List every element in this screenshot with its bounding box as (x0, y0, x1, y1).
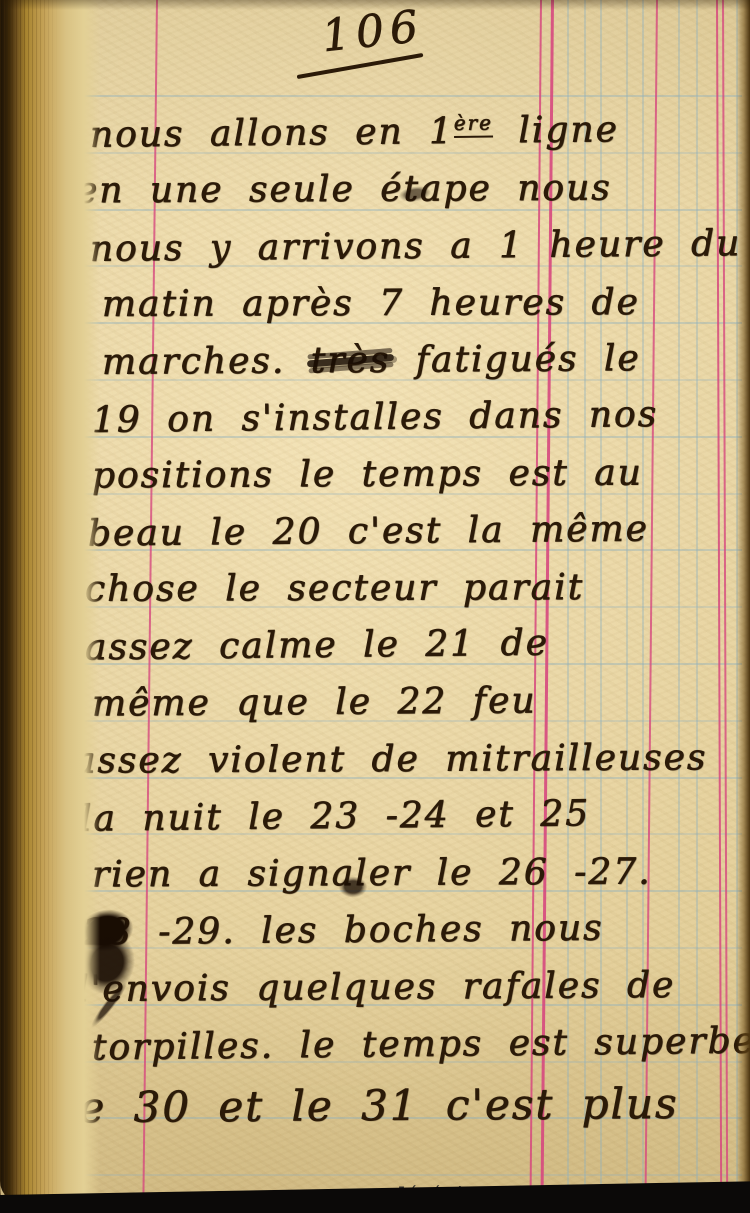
struck-word: très (311, 340, 391, 382)
manuscript-word: positions le temps est au (92, 453, 643, 497)
manuscript-word: fatigués le (390, 338, 641, 381)
manuscript-line: beau le 20 c'est la même (88, 509, 649, 555)
notebook-photo: 106 nous allons en 1ère ligneen une seul… (0, 0, 750, 1213)
manuscript-word: en une seule étape nous (76, 168, 612, 212)
top-edge-shadow (0, 0, 750, 10)
book-binding-edge (0, 0, 100, 1203)
ruling-line-h (74, 1174, 742, 1176)
manuscript-word: beau le 20 c'est la même (88, 509, 649, 555)
manuscript-word: même que le 22 feu (92, 680, 537, 724)
manuscript-line: l'envois quelques rafales de (77, 965, 676, 1010)
manuscript-line: 28 -29. les boches nous (83, 908, 604, 954)
notebook-page: 106 nous allons en 1ère ligneen une seul… (0, 0, 750, 1213)
manuscript-line: positions le temps est au (92, 453, 643, 497)
manuscript-line: nous allons en 1ère ligne (90, 109, 619, 156)
manuscript-word: torpilles. le temps est superbe (92, 1021, 750, 1069)
manuscript-word: la nuit le 23 -24 et 25 (80, 793, 591, 839)
manuscript-word: assez violent de mitrailleuses (74, 737, 708, 781)
manuscript-word: rien a signaler le 26 -27. (92, 852, 652, 896)
manuscript-line: même que le 22 feu (92, 680, 537, 724)
manuscript-word: -29. les boches nous (133, 908, 604, 953)
page-number: 106 (320, 1, 427, 62)
manuscript-line: torpilles. le temps est superbe (92, 1021, 750, 1069)
manuscript-line: matin après 7 heures de (102, 282, 640, 325)
manuscript-word: nous allons en 1 (90, 111, 454, 156)
manuscript-line: le 30 et le 31 c'est plus (64, 1079, 679, 1132)
manuscript-word: l'envois quelques rafales de (77, 965, 676, 1010)
manuscript-line: la nuit le 23 -24 et 25 (80, 793, 591, 839)
manuscript-line: en une seule étape nous (76, 168, 612, 212)
manuscript-word: ligne (493, 109, 619, 151)
manuscript-line: assez violent de mitrailleuses (74, 737, 708, 781)
manuscript-line: marches. très fatigués le (102, 338, 641, 383)
page-edge-streaks (0, 0, 58, 1203)
right-page-edge (736, 0, 750, 1213)
ruling-line-h (74, 95, 742, 97)
manuscript-line: rien a signaler le 26 -27. (92, 852, 652, 896)
manuscript-word: matin après 7 heures de (102, 282, 640, 325)
manuscript-word: marches. (102, 340, 311, 382)
manuscript-word: chose le secteur parait (85, 567, 584, 610)
manuscript-word: assez calme le 21 de (85, 623, 549, 669)
manuscript-word: ère (454, 112, 493, 138)
manuscript-line: 19 on s'installes dans nos (92, 394, 659, 441)
manuscript-word: le 30 et le 31 c'est plus (64, 1079, 679, 1132)
manuscript-line: assez calme le 21 de (85, 623, 549, 669)
manuscript-line: nous y arrivons a 1 heure du (90, 223, 742, 270)
manuscript-line: chose le secteur parait (85, 567, 584, 610)
manuscript-word: nous y arrivons a 1 heure du (90, 223, 742, 270)
manuscript-word: 19 on s'installes dans nos (92, 394, 659, 441)
